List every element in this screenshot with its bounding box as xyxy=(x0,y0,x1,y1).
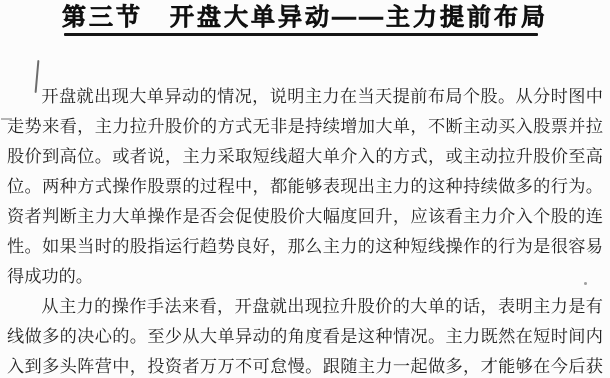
text-line: 线做多的决心的。至少从大单异动的角度看是这种情况。主力既然在短时间内加 xyxy=(7,322,603,352)
text-line: 开盘就出现大单异动的情况，说明主力在当天提前布局个股。从分时图中的 xyxy=(7,82,603,112)
body-text: 开盘就出现大单异动的情况，说明主力在当天提前布局个股。从分时图中的 走势来看，主… xyxy=(7,82,603,378)
section-title: 第三节 开盘大单异动——主力提前布局 xyxy=(0,3,610,33)
book-page: 第三节 开盘大单异动——主力提前布局 开盘就出现大单异动的情况，说明主力在当天提… xyxy=(0,0,610,378)
text-line: 走势来看，主力拉升股价的方式无非是持续增加大单，不断主动买入股票并拉升 xyxy=(7,112,603,142)
title-underline xyxy=(64,33,538,36)
text-line: 得成功的。 xyxy=(7,262,603,292)
text-line: 资者判断主力大单操作是否会促使股价大幅度回升，应该看主力介入个股的连续 xyxy=(7,202,603,232)
text-line: 入到多头阵营中，投资者万万不可怠慢。跟随主力一起做多，才能够在今后获得 xyxy=(7,352,603,378)
text-line: 股价到高位。或者说，主力采取短线超大单介入的方式，或主动拉升股价至高 xyxy=(7,142,603,172)
text-line: 性。如果当时的股指运行趋势良好，那么主力的这种短线操作的行为是很容易获 xyxy=(7,232,603,262)
text-line: 位。两种方式操作股票的过程中，都能够表现出主力的这种持续做多的行为。投 xyxy=(7,172,603,202)
text-line: 从主力的操作手法来看，开盘就出现拉升股价的大单的话，表明主力是有短 xyxy=(7,292,603,322)
